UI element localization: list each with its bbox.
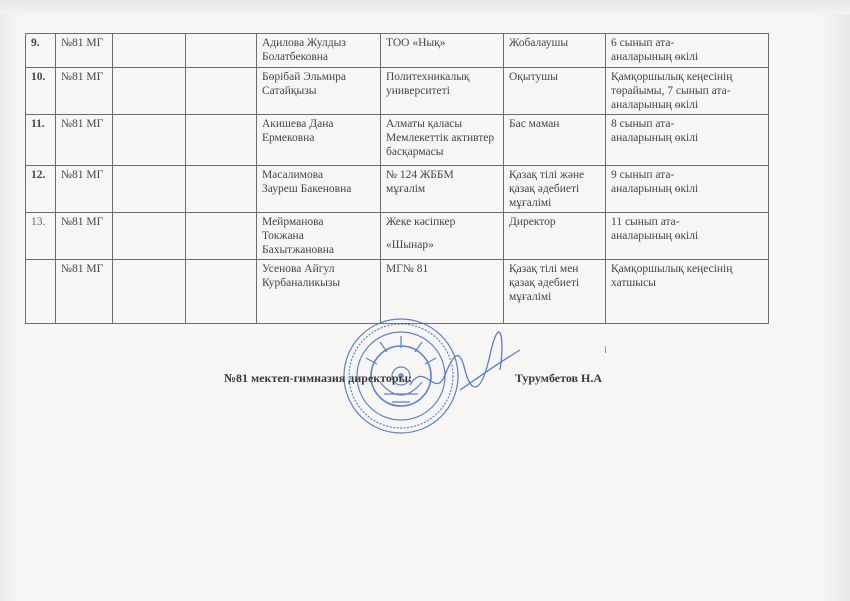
table-row: 9.№81 МГАдилова ЖулдызБолатбековнаТОО «Н… — [26, 34, 769, 68]
workplace-cell: МГ№ 81 — [381, 260, 504, 324]
empty-cell — [186, 68, 257, 115]
row-number — [26, 260, 56, 324]
role-cell: Қамқоршылық кеңесініңтөрайымы, 7 сынып а… — [606, 68, 769, 115]
name-line: Токжана — [262, 229, 375, 243]
name-cell: Адилова ЖулдызБолатбековна — [257, 34, 381, 68]
workplace-cell: ТОО «Нық» — [381, 34, 504, 68]
director-title: №81 мектеп-гимназия директоры: — [224, 371, 412, 386]
name-line: Бахытжановна — [262, 243, 375, 257]
position-line: қазақ әдебиеті — [509, 182, 600, 196]
position-line: Қазақ тілі мен — [509, 262, 600, 276]
role-cell: 11 сынып ата-аналарының өкілі — [606, 213, 769, 260]
empty-cell — [113, 166, 186, 213]
role-line: 9 сынып ата- — [611, 168, 763, 182]
name-line: Болатбековна — [262, 50, 375, 64]
workplace-line: басқармасы — [386, 145, 498, 159]
position-line: Директор — [509, 215, 600, 229]
workplace-line: Мемлекеттік активтер — [386, 131, 498, 145]
position-line: Жобалаушы — [509, 36, 600, 50]
name-line: Курбаналикызы — [262, 276, 375, 290]
role-line: 11 сынып ата- — [611, 215, 763, 229]
role-line: аналарының өкілі — [611, 98, 763, 112]
empty-cell — [186, 260, 257, 324]
school-cell: №81 МГ — [56, 34, 113, 68]
empty-cell — [113, 115, 186, 166]
empty-cell — [113, 260, 186, 324]
empty-cell — [186, 166, 257, 213]
council-members-table: 9.№81 МГАдилова ЖулдызБолатбековнаТОО «Н… — [25, 33, 769, 324]
row-number: 9. — [26, 34, 56, 68]
role-line: аналарының өкілі — [611, 50, 763, 64]
workplace-line: Политехникалық — [386, 70, 498, 84]
position-line: мұғалімі — [509, 196, 600, 210]
role-cell: 6 сынып ата-аналарының өкілі — [606, 34, 769, 68]
row-number: 12. — [26, 166, 56, 213]
role-line: хатшысы — [611, 276, 763, 290]
table-row: 11.№81 МГАкишева ДанаЕрмековнаАлматы қал… — [26, 115, 769, 166]
position-cell: Бас маман — [504, 115, 606, 166]
workplace-cell: Политехникалықуниверситеті — [381, 68, 504, 115]
name-line: Сатайқызы — [262, 84, 375, 98]
name-cell: Усенова АйгулКурбаналикызы — [257, 260, 381, 324]
workplace-line: № 124 ЖББМ — [386, 168, 498, 182]
position-line: Бас маман — [509, 117, 600, 131]
empty-cell — [113, 68, 186, 115]
director-name: Турумбетов Н.А — [515, 371, 602, 386]
position-cell: Қазақ тілі менқазақ әдебиетімұғалімі — [504, 260, 606, 324]
workplace-line: университеті — [386, 84, 498, 98]
role-line: 8 сынып ата- — [611, 117, 763, 131]
school-cell: №81 МГ — [56, 166, 113, 213]
role-line: төрайымы, 7 сынып ата- — [611, 84, 763, 98]
name-cell: МасалимоваЗауреш Бакеновна — [257, 166, 381, 213]
role-line: 6 сынып ата- — [611, 36, 763, 50]
name-line: Ермековна — [262, 131, 375, 145]
workplace-line: ТОО «Нық» — [386, 36, 498, 50]
workplace-line: Жеке кәсіпкер — [386, 215, 498, 229]
workplace-line: «Шынар» — [386, 238, 498, 252]
name-line: Мейрманова — [262, 215, 375, 229]
workplace-cell: Алматы қаласыМемлекеттік активтербасқарм… — [381, 115, 504, 166]
table-row: 13.№81 МГМейрмановаТокжанаБахытжановнаЖе… — [26, 213, 769, 260]
name-cell: МейрмановаТокжанаБахытжановна — [257, 213, 381, 260]
role-cell: Қамқоршылық кеңесініңхатшысы — [606, 260, 769, 324]
position-cell: Жобалаушы — [504, 34, 606, 68]
workplace-line: Алматы қаласы — [386, 117, 498, 131]
workplace-cell: Жеке кәсіпкер«Шынар» — [381, 213, 504, 260]
signature-icon — [405, 330, 525, 410]
name-line: Масалимова — [262, 168, 375, 182]
name-line: Адилова Жулдыз — [262, 36, 375, 50]
name-cell: Бөрібай ЭльмираСатайқызы — [257, 68, 381, 115]
position-line: қазақ әдебиеті — [509, 276, 600, 290]
school-cell: №81 МГ — [56, 115, 113, 166]
workplace-line: мұғалім — [386, 182, 498, 196]
position-cell: Оқытушы — [504, 68, 606, 115]
position-line: мұғалімі — [509, 290, 600, 304]
position-line: Оқытушы — [509, 70, 600, 84]
role-line: Қамқоршылық кеңесінің — [611, 262, 763, 276]
empty-cell — [113, 213, 186, 260]
name-line: Зауреш Бакеновна — [262, 182, 375, 196]
workplace-cell: № 124 ЖББМмұғалім — [381, 166, 504, 213]
position-line: Қазақ тілі және — [509, 168, 600, 182]
role-line: аналарының өкілі — [611, 131, 763, 145]
empty-cell — [186, 115, 257, 166]
row-number: 13. — [26, 213, 56, 260]
pen-mark — [605, 346, 606, 353]
table-row: №81 МГУсенова АйгулКурбаналикызыМГ№ 81Қа… — [26, 260, 769, 324]
empty-cell — [186, 34, 257, 68]
school-cell: №81 МГ — [56, 260, 113, 324]
name-line: Усенова Айгул — [262, 262, 375, 276]
name-line: Акишева Дана — [262, 117, 375, 131]
school-cell: №81 МГ — [56, 213, 113, 260]
row-number: 10. — [26, 68, 56, 115]
empty-cell — [186, 213, 257, 260]
table-row: 12.№81 МГМасалимоваЗауреш Бакеновна№ 124… — [26, 166, 769, 213]
role-line: аналарының өкілі — [611, 229, 763, 243]
role-line: Қамқоршылық кеңесінің — [611, 70, 763, 84]
role-cell: 9 сынып ата-аналарының өкілі — [606, 166, 769, 213]
row-number: 11. — [26, 115, 56, 166]
role-line: аналарының өкілі — [611, 182, 763, 196]
workplace-line: МГ№ 81 — [386, 262, 498, 276]
name-line: Бөрібай Эльмира — [262, 70, 375, 84]
scan-shadow — [0, 0, 850, 14]
role-cell: 8 сынып ата-аналарының өкілі — [606, 115, 769, 166]
school-cell: №81 МГ — [56, 68, 113, 115]
empty-cell — [113, 34, 186, 68]
name-cell: Акишева ДанаЕрмековна — [257, 115, 381, 166]
position-cell: Директор — [504, 213, 606, 260]
table-row: 10.№81 МГБөрібай ЭльмираСатайқызыПолитех… — [26, 68, 769, 115]
position-cell: Қазақ тілі жәнеқазақ әдебиетімұғалімі — [504, 166, 606, 213]
